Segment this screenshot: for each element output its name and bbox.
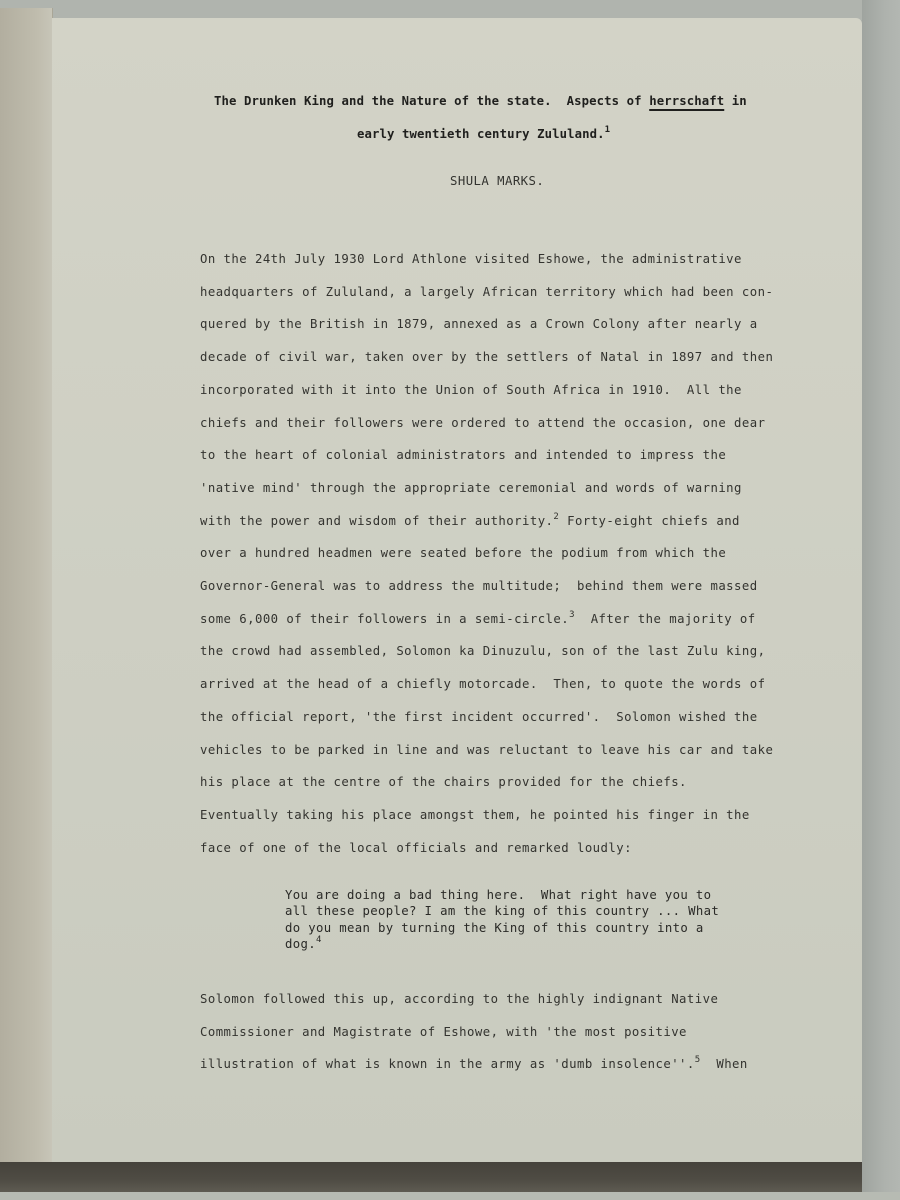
text-line: Commissioner and Magistrate of Eshowe, w… bbox=[200, 1025, 687, 1039]
line-text: the official report, 'the first incident… bbox=[200, 710, 758, 724]
text-line: chiefs and their followers were ordered … bbox=[200, 416, 765, 430]
text-line: Governor-General was to address the mult… bbox=[200, 579, 758, 593]
title-underlined-word: herrschaft bbox=[649, 94, 724, 108]
text-line: dog.4 bbox=[285, 937, 322, 951]
text-line: vehicles to be parked in line and was re… bbox=[200, 743, 773, 757]
line-text: the crowd had assembled, Solomon ka Dinu… bbox=[200, 644, 765, 658]
text-line: Solomon followed this up, according to t… bbox=[200, 992, 718, 1006]
text-line: some 6,000 of their followers in a semi-… bbox=[200, 612, 756, 626]
line-text: all these people? I am the king of this … bbox=[285, 904, 719, 918]
book-spine-left-page bbox=[0, 8, 53, 1173]
line-text: Commissioner and Magistrate of Eshowe, w… bbox=[200, 1025, 687, 1039]
text-line: You are doing a bad thing here. What rig… bbox=[285, 888, 711, 902]
line-text: You are doing a bad thing here. What rig… bbox=[285, 888, 711, 902]
text-line: do you mean by turning the King of this … bbox=[285, 921, 704, 935]
text-line: over a hundred headmen were seated befor… bbox=[200, 546, 726, 560]
footnote-marker: 3 bbox=[569, 610, 575, 620]
line-text: headquarters of Zululand, a largely Afri… bbox=[200, 285, 773, 299]
text-line: 'native mind' through the appropriate ce… bbox=[200, 481, 742, 495]
line-text: Eventually taking his place amongst them… bbox=[200, 808, 750, 822]
line-text: chiefs and their followers were ordered … bbox=[200, 416, 765, 430]
line-text: Governor-General was to address the mult… bbox=[200, 579, 758, 593]
line-text: arrived at the head of a chiefly motorca… bbox=[200, 677, 765, 691]
line-text: with the power and wisdom of their autho… bbox=[200, 514, 553, 528]
line-text-continued: Forty-eight chiefs and bbox=[559, 514, 740, 528]
title-text-2: early twentieth century Zululand. bbox=[357, 127, 605, 141]
text-line: Eventually taking his place amongst them… bbox=[200, 808, 750, 822]
line-text: 'native mind' through the appropriate ce… bbox=[200, 481, 742, 495]
line-text-continued: When bbox=[701, 1057, 748, 1071]
line-text: some 6,000 of their followers in a semi-… bbox=[200, 612, 569, 626]
footnote-marker: 2 bbox=[553, 512, 559, 522]
line-text: face of one of the local officials and r… bbox=[200, 841, 632, 855]
title-text-end: in bbox=[724, 94, 747, 108]
document-page: The Drunken King and the Nature of the s… bbox=[52, 18, 862, 1162]
text-line: his place at the centre of the chairs pr… bbox=[200, 775, 687, 789]
title-text: The Drunken King and the Nature of the s… bbox=[214, 94, 649, 108]
text-line: headquarters of Zululand, a largely Afri… bbox=[200, 285, 773, 299]
line-text: do you mean by turning the King of this … bbox=[285, 921, 704, 935]
background-surface-right bbox=[862, 0, 900, 1200]
background-surface-top bbox=[0, 0, 900, 20]
line-text: vehicles to be parked in line and was re… bbox=[200, 743, 773, 757]
line-text: decade of civil war, taken over by the s… bbox=[200, 350, 773, 364]
line-text: to the heart of colonial administrators … bbox=[200, 448, 726, 462]
text-line: with the power and wisdom of their autho… bbox=[200, 514, 740, 528]
footnote-marker: 5 bbox=[695, 1055, 701, 1065]
text-line: the official report, 'the first incident… bbox=[200, 710, 758, 724]
text-line: the crowd had assembled, Solomon ka Dinu… bbox=[200, 644, 765, 658]
line-text: Solomon followed this up, according to t… bbox=[200, 992, 718, 1006]
text-line: On the 24th July 1930 Lord Athlone visit… bbox=[200, 252, 742, 266]
text-line: decade of civil war, taken over by the s… bbox=[200, 350, 773, 364]
text-line: all these people? I am the king of this … bbox=[285, 904, 719, 918]
text-line: incorporated with it into the Union of S… bbox=[200, 383, 742, 397]
background-surface-bottom bbox=[0, 1192, 900, 1200]
document-title-line-2: early twentieth century Zululand.1 bbox=[357, 127, 610, 141]
line-text: illustration of what is known in the arm… bbox=[200, 1057, 695, 1071]
text-line: quered by the British in 1879, annexed a… bbox=[200, 317, 758, 331]
author-name: SHULA MARKS. bbox=[450, 174, 544, 188]
line-text: over a hundred headmen were seated befor… bbox=[200, 546, 726, 560]
text-line: arrived at the head of a chiefly motorca… bbox=[200, 677, 765, 691]
text-line: face of one of the local officials and r… bbox=[200, 841, 632, 855]
line-text: his place at the centre of the chairs pr… bbox=[200, 775, 687, 789]
footnote-marker: 1 bbox=[605, 125, 611, 135]
page-bottom-shadow bbox=[0, 1162, 862, 1192]
line-text: On the 24th July 1930 Lord Athlone visit… bbox=[200, 252, 742, 266]
line-text: incorporated with it into the Union of S… bbox=[200, 383, 742, 397]
footnote-marker: 4 bbox=[316, 935, 322, 945]
line-text: dog. bbox=[285, 937, 316, 951]
line-text: quered by the British in 1879, annexed a… bbox=[200, 317, 758, 331]
line-text-continued: After the majority of bbox=[575, 612, 756, 626]
document-title-line-1: The Drunken King and the Nature of the s… bbox=[214, 94, 747, 108]
text-line: to the heart of colonial administrators … bbox=[200, 448, 726, 462]
text-line: illustration of what is known in the arm… bbox=[200, 1057, 748, 1071]
